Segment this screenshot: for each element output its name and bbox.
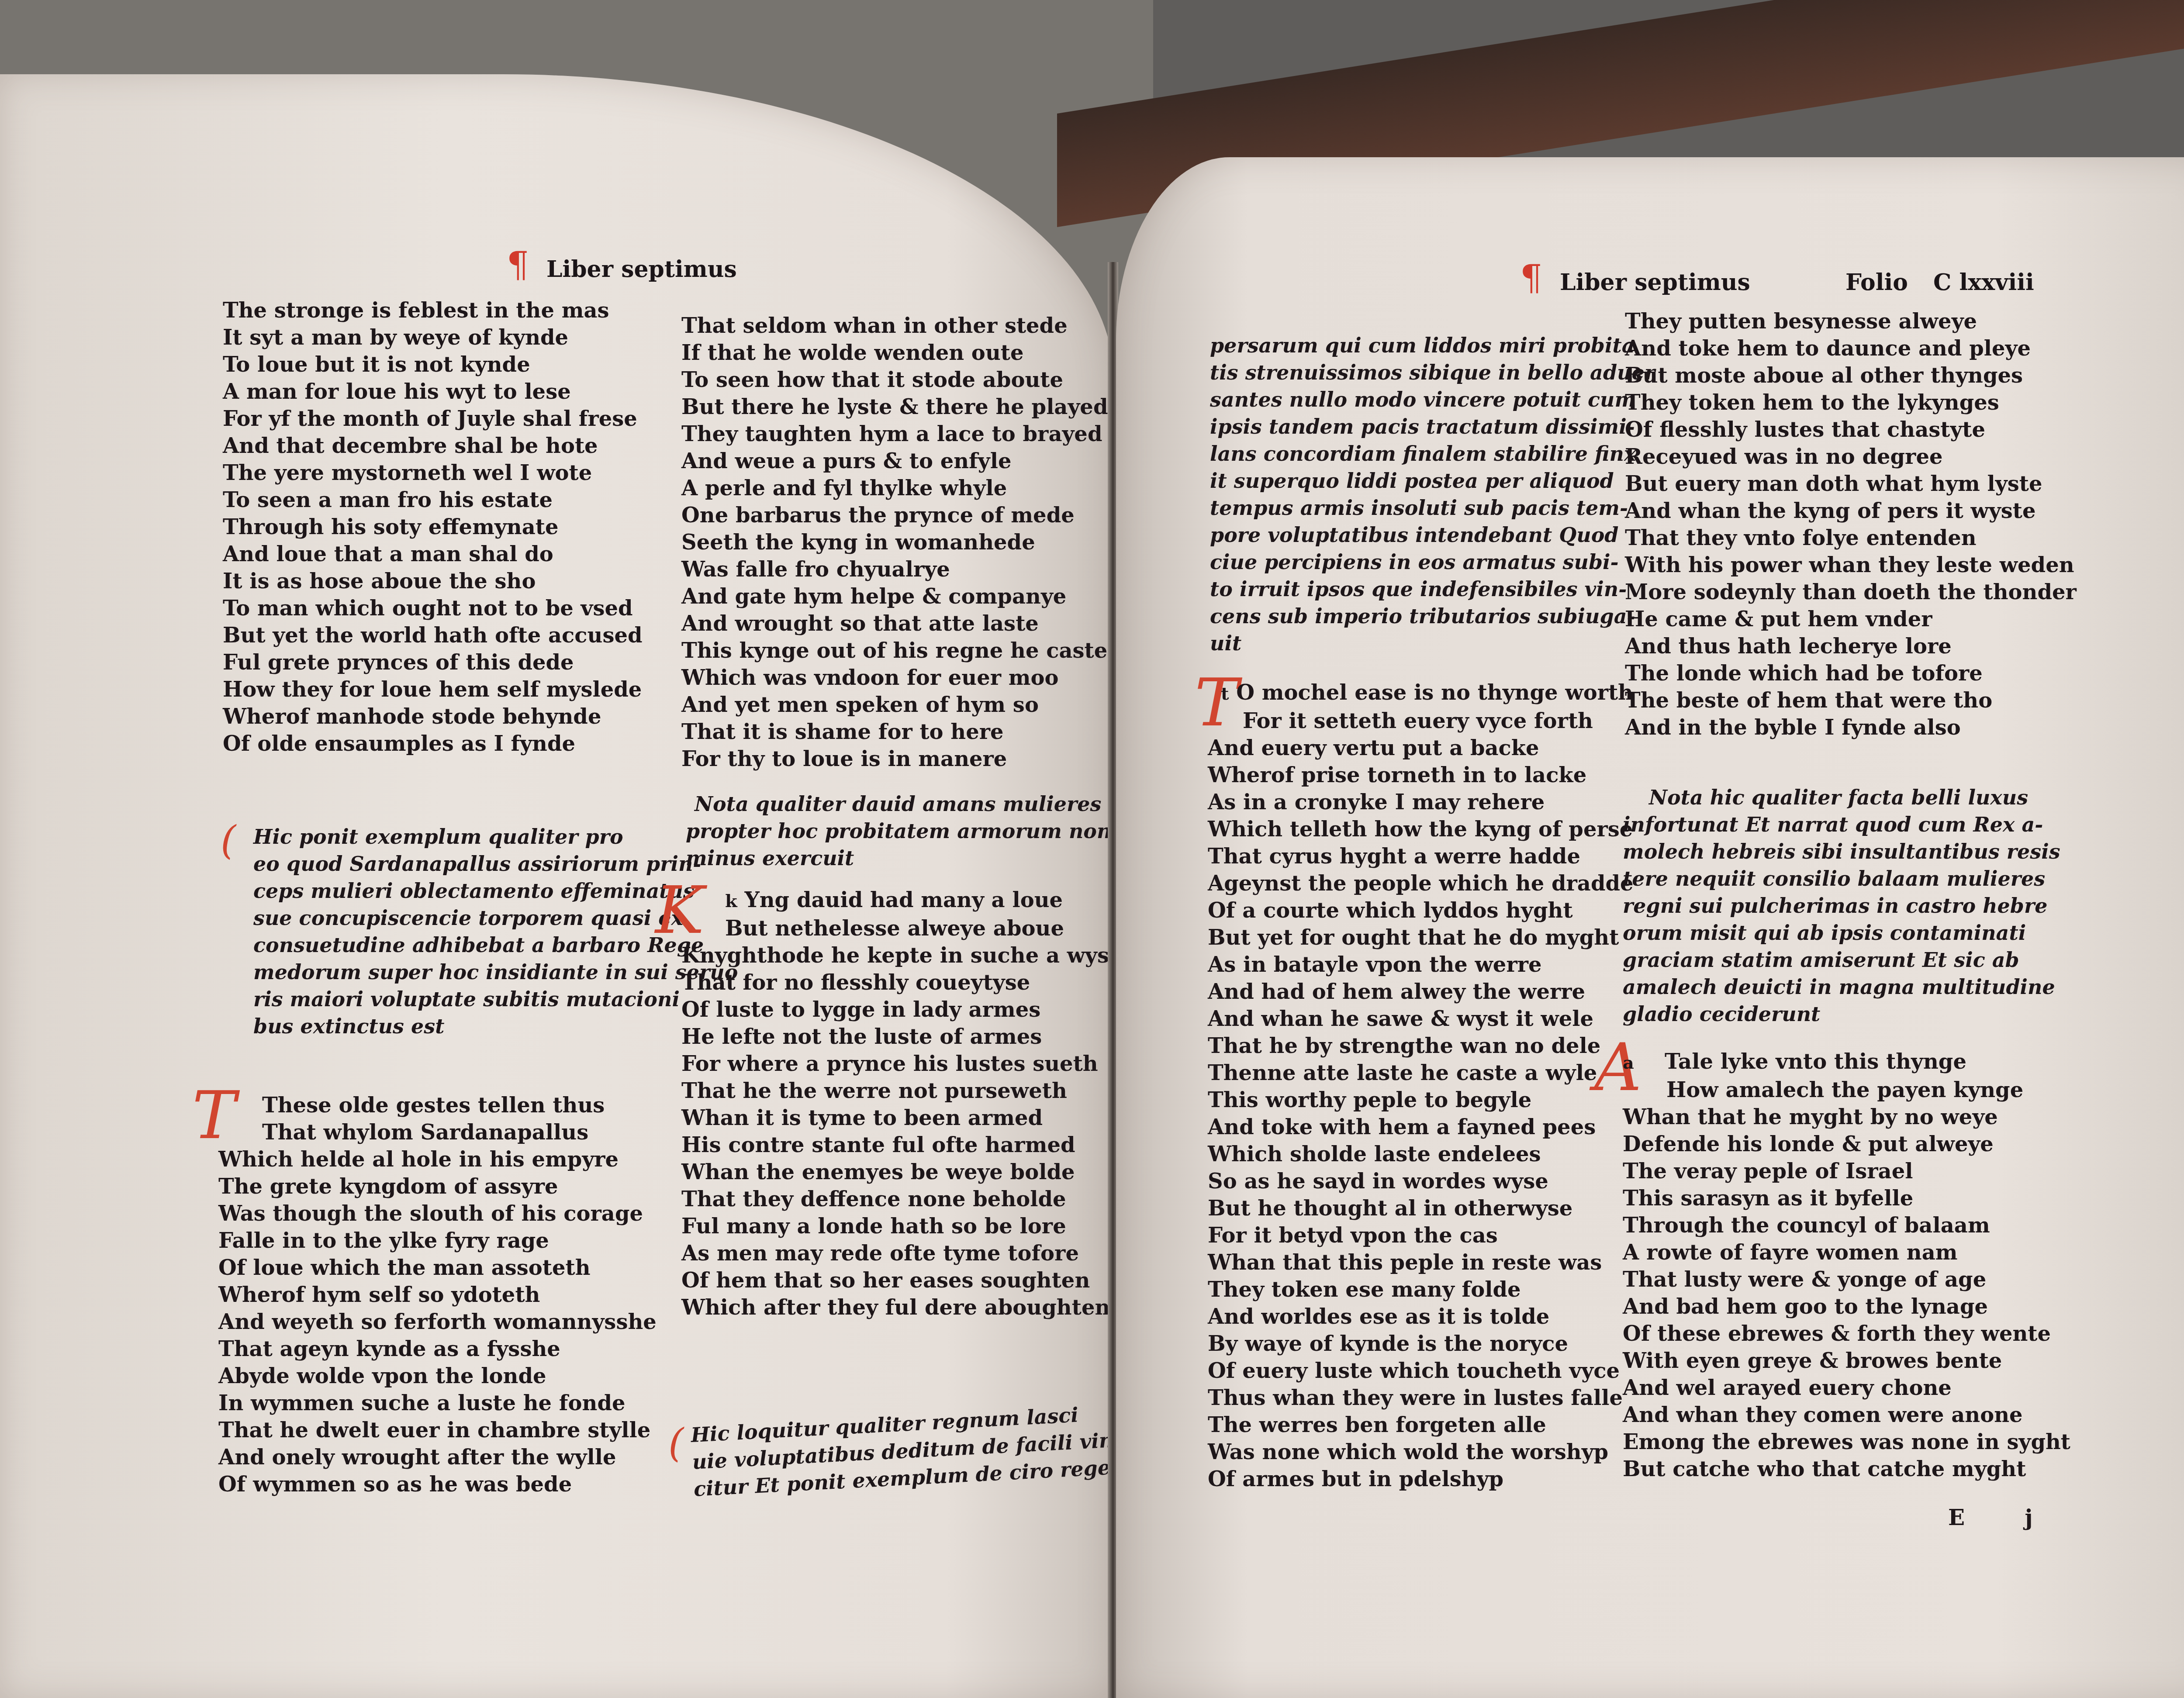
verse-line: To man which ought not to be vsed [223, 595, 643, 622]
verse-line: And toke with hem a fayned pees [1208, 1114, 1634, 1141]
verse-line: Which after they ful dere aboughten [681, 1294, 1123, 1321]
latin-line: Nota qualiter dauid amans mulieres [686, 790, 1111, 818]
verse-line: His contre stante ful ofte harmed [681, 1132, 1123, 1159]
verse-line: The grete kyngdom of assyre [218, 1173, 657, 1200]
verse-line: And weue a purs & to enfyle [681, 448, 1108, 475]
verse-line: To seen a man fro his estate [223, 487, 643, 514]
verse-line: But euery man doth what hym lyste [1625, 470, 2077, 497]
latin-line: ipsis tandem pacis tractatum dissimi- [1210, 413, 1655, 440]
latin-line: to irruit ipsos que indefensibiles vin- [1210, 576, 1655, 603]
verse-line: How amalech the payen kynge [1623, 1077, 2070, 1104]
verse-line: For yf the month of Juyle shal frese [223, 405, 643, 432]
verse-line: With eyen greye & browes bente [1623, 1347, 2070, 1374]
running-head-title: Liber septimus [546, 256, 737, 283]
latin-line: ris maiori voluptate subitis mutacioni [253, 986, 738, 1013]
verse-line: Abyde wolde vpon the londe [218, 1363, 657, 1390]
verse-line: In wymmen suche a luste he fonde [218, 1390, 657, 1417]
left-column-2: That seldom whan in other stede If that … [681, 312, 1108, 773]
verse-line: More sodeynly than doeth the thonder [1625, 579, 2077, 606]
verse-line: This worthy peple to begyle [1208, 1087, 1634, 1114]
red-paraph-mark: ( [221, 808, 236, 873]
folio-label: Folio [1845, 269, 1908, 296]
verse-line: By waye of kynde is the noryce [1208, 1330, 1634, 1357]
signature-mark: E j [1948, 1505, 2033, 1530]
verse-line: Which telleth how the kyng of perse [1208, 816, 1634, 843]
verse-line: Was none which wold the worshyp [1208, 1439, 1634, 1466]
verse-line: It syt a man by weye of kynde [223, 324, 643, 351]
verse-line: Emong the ebrewes was none in syght [1623, 1429, 2070, 1456]
latin-line: tempus armis insoluti sub pacis tem- [1210, 494, 1655, 521]
verse-block: The stronge is feblest in the mas It syt… [223, 297, 643, 757]
verse-line: And in the byble I fynde also [1625, 714, 2077, 741]
verse-line: Of flesshly lustes that chastyte [1625, 416, 2077, 443]
latin-line: medorum super hoc insidiante in sui seru… [253, 959, 738, 986]
verse-line: And yet men speken of hym so [681, 691, 1108, 718]
verse-line: That cyrus hyght a werre hadde [1208, 843, 1634, 870]
verse-line: That seldom whan in other stede [681, 312, 1108, 339]
verse-line: Ageynst the people which he dradde [1208, 870, 1634, 897]
verse-line: For it betyd vpon the cas [1208, 1222, 1634, 1249]
left-running-head: ¶Liber septimus [507, 245, 737, 285]
verse-line: With his power whan they leste weden [1625, 552, 2077, 579]
right-running-head: ¶Liber septimus Folio C lxxviii [1520, 258, 2034, 298]
verse-line: That they vnto folye entenden [1625, 525, 2077, 552]
left-column-1: The stronge is feblest in the mas It syt… [223, 297, 643, 787]
latin-line: cens sub imperio tributarios subiuga- [1210, 603, 1655, 630]
verse-line: Which helde al hole in his empyre [218, 1146, 657, 1173]
verse-line: One barbarus the prynce of mede [681, 502, 1108, 529]
verse-line: As men may rede ofte tyme tofore [681, 1240, 1123, 1267]
verse-line: Of olde ensaumples as I fynde [223, 730, 643, 757]
latin-line: lans concordiam finalem stabilire finx [1210, 440, 1655, 467]
latin-line: infortunat Et narrat quod cum Rex a- [1623, 811, 2060, 838]
latin-line: orum misit qui ab ipsis contaminati [1623, 919, 2060, 946]
verse-line: Of luste to lygge in lady armes [681, 996, 1123, 1023]
verse-line: aTale lyke vnto this thynge [1623, 1048, 2070, 1077]
pilcrow-icon: ¶ [1520, 258, 1542, 298]
verse-line: And onely wrought after the wylle [218, 1444, 657, 1471]
latin-line: Nota hic qualiter facta belli luxus [1623, 784, 2060, 811]
verse-line: A rowte of fayre women nam [1623, 1239, 2070, 1266]
latin-line: bus extinctus est [253, 1013, 738, 1040]
verse-line: The londe which had be tofore [1625, 660, 2077, 687]
verse-line: Of wymmen so as he was bede [218, 1471, 657, 1498]
pilcrow-icon: ¶ [507, 245, 529, 285]
verse-line: Defende his londe & put alweye [1623, 1131, 2070, 1158]
verse-line: The beste of hem that were tho [1625, 687, 2077, 714]
verse-line: That ageyn kynde as a fysshe [218, 1336, 657, 1363]
verse-line: So as he sayd in wordes wyse [1208, 1168, 1634, 1195]
verse-line: For thy to loue is in manere [681, 745, 1108, 773]
verse-line: Whan that he myght by no weye [1623, 1104, 2070, 1131]
verse-line: Wherof manhode stode behynde [223, 703, 643, 730]
verse-line: This kynge out of his regne he caste [681, 637, 1108, 664]
verse-line: Which sholde laste endelees [1208, 1141, 1634, 1168]
running-head-title: Liber septimus [1560, 269, 1750, 296]
verse-line: Wherof prise torneth in to lacke [1208, 762, 1634, 789]
latin-line: tere nequiit consilio balaam mulieres [1623, 865, 2060, 892]
verse-line: Falle in to the ylke fyry rage [218, 1227, 657, 1254]
verse-line: Was though the slouth of his corage [218, 1200, 657, 1227]
verse-line: The stronge is feblest in the mas [223, 297, 643, 324]
verse-line: But he thought al in otherwyse [1208, 1195, 1634, 1222]
guide-letter: a [1623, 1053, 1634, 1073]
verse-line: But yet for ought that he do myght [1208, 924, 1634, 951]
latin-line: tis strenuissimos sibique in bello aduer [1210, 359, 1655, 386]
latin-line: santes nullo modo vincere potuit cum [1210, 386, 1655, 413]
guide-letter: k [725, 891, 737, 911]
verse-line: And that decembre shal be hote [223, 432, 643, 459]
verse-line: And wel arayed euery chone [1623, 1374, 2070, 1401]
verse-line: Was falle fro chyualrye [681, 556, 1108, 583]
verse-line: Of hem that so her eases soughten [681, 1267, 1123, 1294]
verse-line: The werres ben forgeten alle [1208, 1412, 1634, 1439]
verse-line: That it is shame for to here [681, 718, 1108, 745]
verse-line: Wherof hym self so ydoteth [218, 1281, 657, 1308]
verse-line: And bad hem goo to the lynage [1623, 1293, 2070, 1320]
verse-line: Whan the enemyes be weye bolde [681, 1159, 1123, 1186]
verse-line: Whan it is tyme to been armed [681, 1104, 1123, 1132]
latin-line: Hic ponit exemplum qualiter pro [253, 823, 738, 850]
verse-line: For where a prynce his lustes sueth [681, 1050, 1123, 1077]
verse-line: If that he wolde wenden oute [681, 339, 1108, 366]
left-column-2-verse-2: k Yng dauid had many a loue But netheles… [681, 887, 1123, 1321]
verse-line: He came & put hem vnder [1625, 606, 2077, 633]
verse-line: Whan that this peple in reste was [1208, 1249, 1634, 1276]
verse-line: But there he lyste & there he played [681, 393, 1108, 421]
verse-line: And whan the kyng of pers it wyste [1625, 497, 2077, 525]
verse-line: And gate hym helpe & companye [681, 583, 1108, 610]
right-column-2-verse-2: aTale lyke vnto this thynge How amalech … [1623, 1048, 2070, 1483]
verse-line: They token ese many folde [1208, 1276, 1634, 1303]
verse-line: To seen how that it stode aboute [681, 366, 1108, 393]
verse-line: And wrought so that atte laste [681, 610, 1108, 637]
verse-line: These olde gestes tellen thus [218, 1092, 657, 1119]
verse-line: Through his soty effemynate [223, 514, 643, 541]
latin-line: amalech deuicti in magna multitudine [1623, 973, 2060, 1001]
latin-line: graciam statim amiserunt Et sic ab [1623, 946, 2060, 973]
verse-line: Of armes but in pdelshyp [1208, 1466, 1634, 1493]
verse-line: And had of hem alwey the werre [1208, 978, 1634, 1005]
verse-line: For it setteth euery vyce forth [1208, 707, 1634, 735]
latin-line: ciue percipiens in eos armatus subi- [1210, 549, 1655, 576]
latin-line: it superquo liddi postea per aliquod [1210, 467, 1655, 494]
folio-number: C lxxviii [1933, 269, 2034, 296]
verse-line: Of these ebrewes & forth they wente [1623, 1320, 2070, 1347]
verse-line: It is as hose aboue the sho [223, 568, 643, 595]
verse-line: Of loue which the man assoteth [218, 1254, 657, 1281]
verse-line: That he the werre not purseweth [681, 1077, 1123, 1104]
verse-line: Ful many a londe hath so be lore [681, 1213, 1123, 1240]
verse-line: And whan he sawe & wyst it wele [1208, 1005, 1634, 1032]
verse-line: But nethelesse alweye aboue [681, 915, 1123, 942]
verse-line: Of euery luste which toucheth vyce [1208, 1357, 1634, 1384]
verse-line: That for no flesshly coueytyse [681, 969, 1123, 996]
verse-line: That he by strengthe wan no dele [1208, 1032, 1634, 1060]
verse-line: Through the councyl of balaam [1623, 1212, 2070, 1239]
verse-line: And weyeth so ferforth womannysshe [218, 1308, 657, 1336]
verse-line: They taughten hym a lace to brayed [681, 421, 1108, 448]
latin-line: propter hoc probitatem armorum non [686, 818, 1111, 845]
verse-line: And whan they comen were anone [1623, 1401, 2070, 1429]
verse-line: That he dwelt euer in chambre stylle [218, 1417, 657, 1444]
verse-line: Thenne atte laste he caste a wyle [1208, 1060, 1634, 1087]
latin-line: molech hebreis sibi insultantibus resis [1623, 838, 2060, 865]
verse-line: To loue but it is not kynde [223, 351, 643, 378]
verse-line: As in batayle vpon the werre [1208, 951, 1634, 978]
latin-line: gladio ceciderunt [1623, 1001, 2060, 1028]
verse-line: And worldes ese as it is tolde [1208, 1303, 1634, 1330]
verse-line: And toke hem to daunce and pleye [1625, 335, 2077, 362]
latin-line: pore voluptatibus intendebant Quod [1210, 521, 1655, 549]
verse-line: And loue that a man shal do [223, 541, 643, 568]
left-latin-note-2: Nota qualiter dauid amans mulieres propt… [686, 790, 1111, 872]
guide-letter: t [1221, 683, 1229, 704]
verse-line: Seeth the kyng in womanhede [681, 529, 1108, 556]
verse-line: But catche who that catche myght [1623, 1456, 2070, 1483]
right-latin-note-1: persarum qui cum liddos miri probita tis… [1210, 332, 1655, 657]
verse-line: They putten besynesse alweye [1625, 308, 2077, 335]
verse-line: Of a courte which lyddos hyght [1208, 897, 1634, 924]
verse-line: The yere mystorneth wel I wote [223, 459, 643, 487]
verse-line: The veray peple of Israel [1623, 1158, 2070, 1185]
verse-line: They token hem to the lykynges [1625, 389, 2077, 416]
latin-line: uit [1210, 630, 1655, 657]
verse-line: But moste aboue al other thynges [1625, 362, 2077, 389]
verse-line: Ful grete prynces of this dede [223, 649, 643, 676]
latin-line: persarum qui cum liddos miri probita [1210, 332, 1655, 359]
verse-line: A perle and fyl thylke whyle [681, 475, 1108, 502]
verse-line: Knyghthode he kepte in suche a wyse [681, 942, 1123, 969]
verse-line: He lefte not the luste of armes [681, 1023, 1123, 1050]
verse-line: How they for loue hem self myslede [223, 676, 643, 703]
verse-line: Which was vndoon for euer moo [681, 664, 1108, 691]
red-paraph-mark: ( [668, 1411, 684, 1476]
left-column-1-verse-2: These olde gestes tellen thus That whylo… [218, 1092, 657, 1498]
verse-line: As in a cronyke I may rehere [1208, 789, 1634, 816]
verse-line: This sarasyn as it byfelle [1623, 1185, 2070, 1212]
verse-line: Receyued was in no degree [1625, 443, 2077, 470]
right-column-1-verse: t O mochel ease is no thynge worth For i… [1208, 679, 1634, 1493]
verse-line: t O mochel ease is no thynge worth [1208, 679, 1634, 707]
verse-line: But yet the world hath ofte accused [223, 622, 643, 649]
verse-line: And euery vertu put a backe [1208, 735, 1634, 762]
right-latin-note-2: Nota hic qualiter facta belli luxus info… [1623, 784, 2060, 1028]
verse-line: A man for loue his wyt to lese [223, 378, 643, 405]
right-column-2: They putten besynesse alweye And toke he… [1625, 308, 2077, 741]
verse-line: And thus hath lecherye lore [1625, 633, 2077, 660]
latin-line: regni sui pulcherimas in castro hebre [1623, 892, 2060, 919]
verse-line: That lusty were & yonge of age [1623, 1266, 2070, 1293]
verse-line: Thus whan they were in lustes falle [1208, 1384, 1634, 1412]
verse-line: k Yng dauid had many a loue [681, 887, 1123, 915]
latin-line: minus exercuit [686, 845, 1111, 872]
verse-line: That whylom Sardanapallus [218, 1119, 657, 1146]
verse-line: That they deffence none beholde [681, 1186, 1123, 1213]
